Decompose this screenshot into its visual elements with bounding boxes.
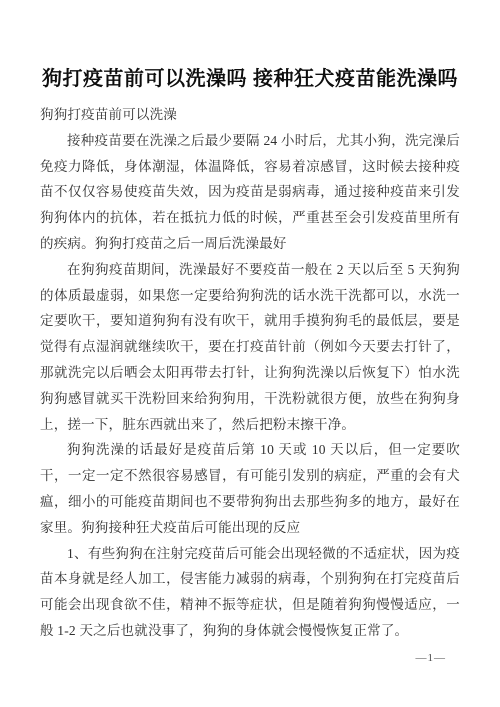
page-number: —1— (416, 652, 447, 664)
document-page: 狗打疫苗前可以洗澡吗 接种狂犬疫苗能洗澡吗 狗狗打疫苗前可以洗澡 接种疫苗要在洗… (0, 0, 500, 707)
paragraph-bathing-before-vaccine: 接种疫苗要在洗澡之后最少要隔 24 小时后，尤其小狗，洗完澡后免疫力降低，身体潮… (40, 128, 460, 257)
document-title: 狗打疫苗前可以洗澡吗 接种狂犬疫苗能洗澡吗 (40, 66, 460, 93)
paragraph-during-vaccine-period: 在狗狗疫苗期间，洗澡最好不要疫苗一般在 2 天以后至 5 天狗狗的体质最虚弱，如… (40, 257, 460, 438)
paragraph-bathing-after-vaccine: 狗狗洗澡的话最好是疫苗后第 10 天或 10 天以后，但一定要吹干，一定一定不然… (40, 437, 460, 540)
document-body: 狗狗打疫苗前可以洗澡 接种疫苗要在洗澡之后最少要隔 24 小时后，尤其小狗，洗完… (40, 102, 460, 644)
section-heading: 狗狗打疫苗前可以洗澡 (40, 102, 460, 128)
paragraph-vaccine-reactions: 1、有些狗狗在注射完疫苗后可能会出现轻微的不适症状，因为疫苗本身就是经人加工，侵… (40, 541, 460, 644)
